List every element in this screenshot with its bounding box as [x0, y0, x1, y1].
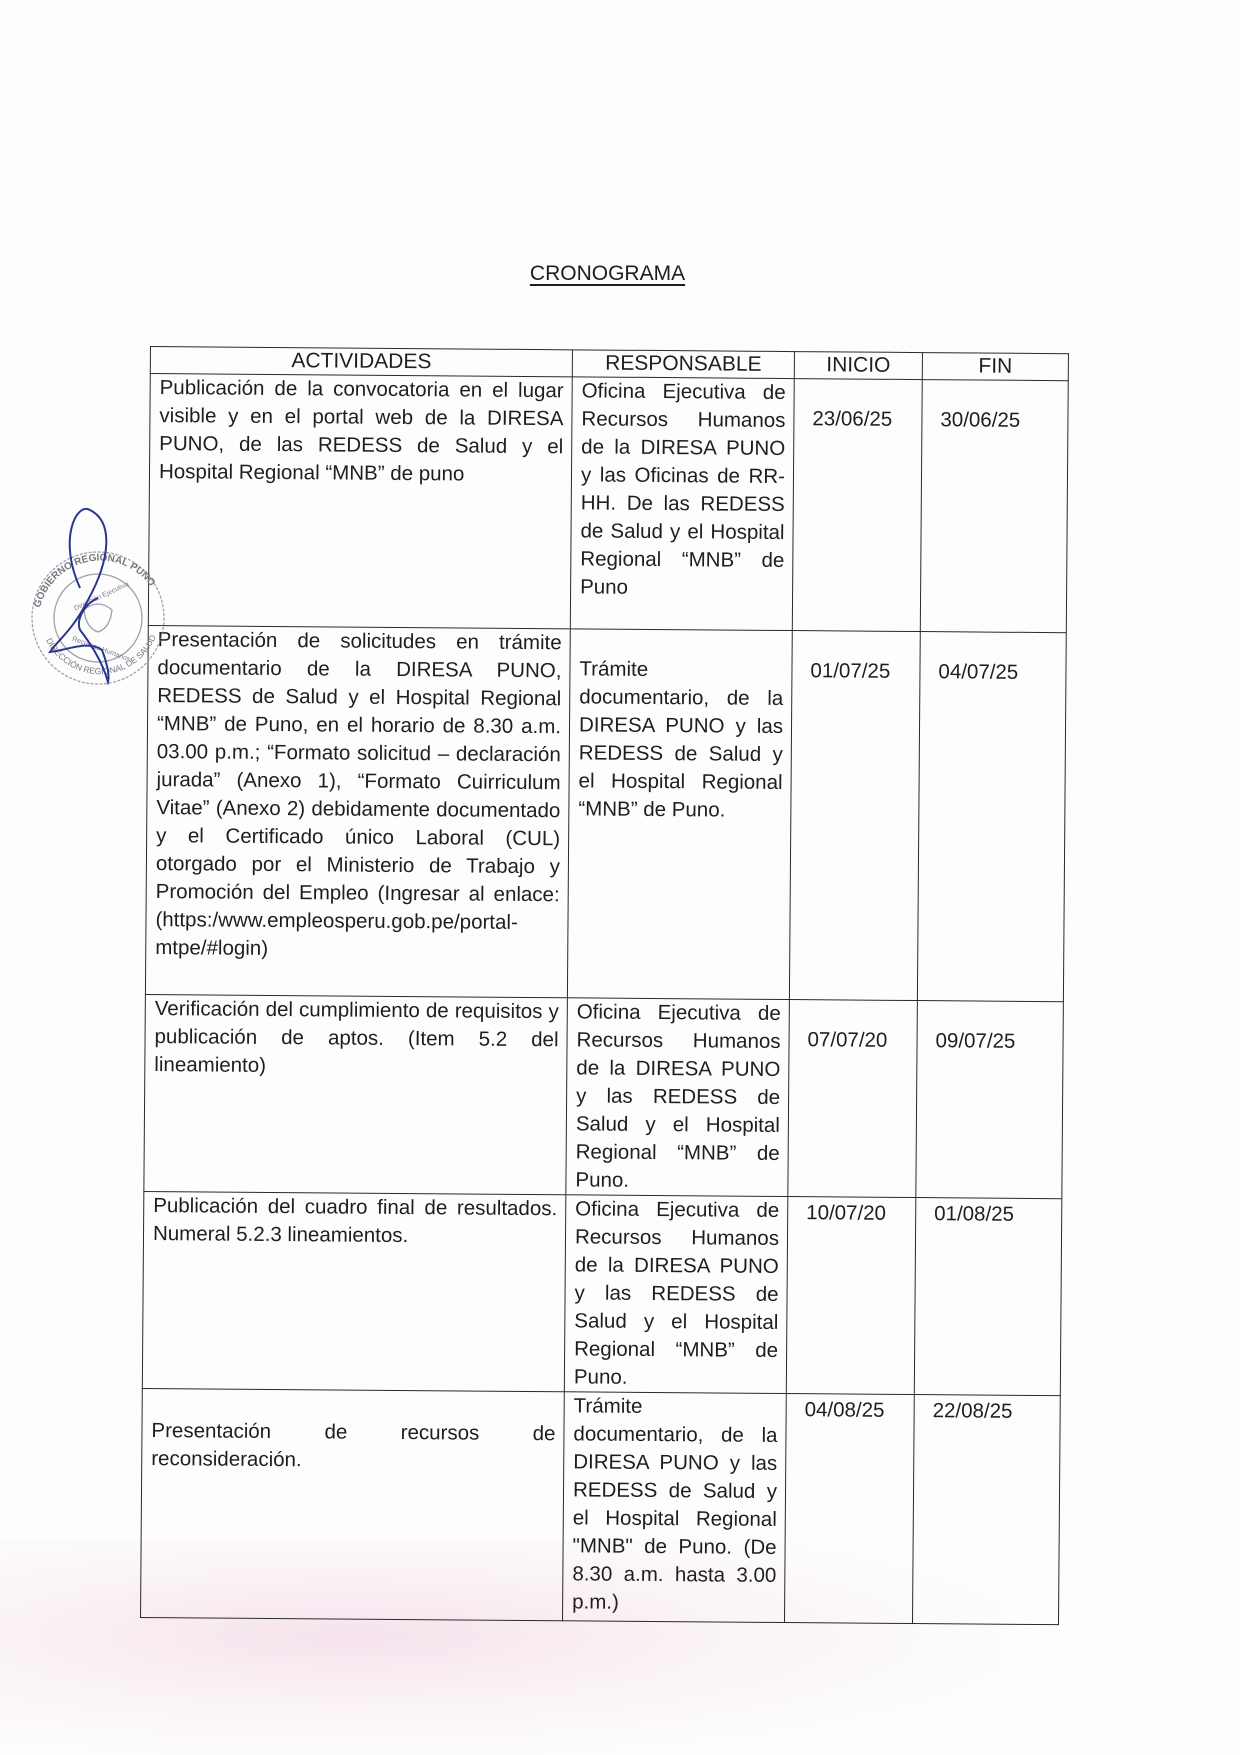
start-date-cell: 01/07/25 — [789, 631, 920, 1001]
header-responsible: RESPONSABLE — [572, 350, 794, 379]
responsible-cell: Oficina Ejecutiva de Recursos Humanos de… — [570, 377, 794, 631]
activity-cell: Publicación del cuadro final de resultad… — [142, 1191, 566, 1391]
start-date-cell: 04/08/25 — [784, 1394, 914, 1624]
start-date-cell: 07/07/20 — [788, 1000, 918, 1198]
header-start: INICIO — [794, 352, 922, 380]
table-row: Publicación de la convocatoria en el lug… — [148, 374, 1068, 633]
schedule-table-wrapper: ACTIVIDADES RESPONSABLE INICIO FIN Publi… — [140, 346, 1068, 1625]
start-date-cell: 23/06/25 — [792, 379, 922, 632]
start-date-cell: 10/07/20 — [786, 1197, 916, 1395]
activity-cell: Publicación de la convocatoria en el lug… — [148, 374, 572, 629]
end-date-cell: 22/08/25 — [912, 1395, 1060, 1625]
schedule-table: ACTIVIDADES RESPONSABLE INICIO FIN Publi… — [140, 346, 1069, 1625]
title-text: CRONOGRAMA — [530, 262, 685, 285]
responsible-cell: Oficina Ejecutiva de Recursos Humanos de… — [564, 1195, 788, 1394]
activity-cell: Presentación de solicitudes en trámite d… — [145, 625, 570, 997]
responsible-cell: Trámite documentario, de la DIRESA PUNO … — [567, 629, 792, 1000]
end-date-cell: 30/06/25 — [920, 380, 1068, 633]
header-activities: ACTIVIDADES — [150, 347, 572, 377]
document-title: CRONOGRAMA — [0, 262, 1215, 286]
svg-text:Dirección Ejecutiva: Dirección Ejecutiva — [73, 581, 130, 613]
table-row: Presentación de recursos de reconsiderac… — [141, 1388, 1061, 1624]
responsible-cell: Trámite documentario, de la DIRESA PUNO … — [563, 1392, 787, 1623]
table-row: Presentación de solicitudes en trámite d… — [145, 625, 1066, 1001]
responsible-cell: Oficina Ejecutiva de Recursos Humanos de… — [566, 998, 790, 1197]
table-row: Publicación del cuadro final de resultad… — [142, 1191, 1062, 1395]
end-date-cell: 09/07/25 — [916, 1001, 1064, 1199]
header-end: FIN — [922, 353, 1068, 381]
activity-cell: Presentación de recursos de reconsiderac… — [141, 1388, 565, 1620]
official-seal-icon: GOBIERNO REGIONAL PUNO DIRECCIÓN REGIONA… — [18, 500, 168, 710]
table-row: Verificación del cumplimiento de requisi… — [144, 994, 1064, 1198]
end-date-cell: 01/08/25 — [914, 1198, 1062, 1396]
end-date-cell: 04/07/25 — [917, 632, 1066, 1002]
activity-cell: Verificación del cumplimiento de requisi… — [144, 994, 568, 1194]
